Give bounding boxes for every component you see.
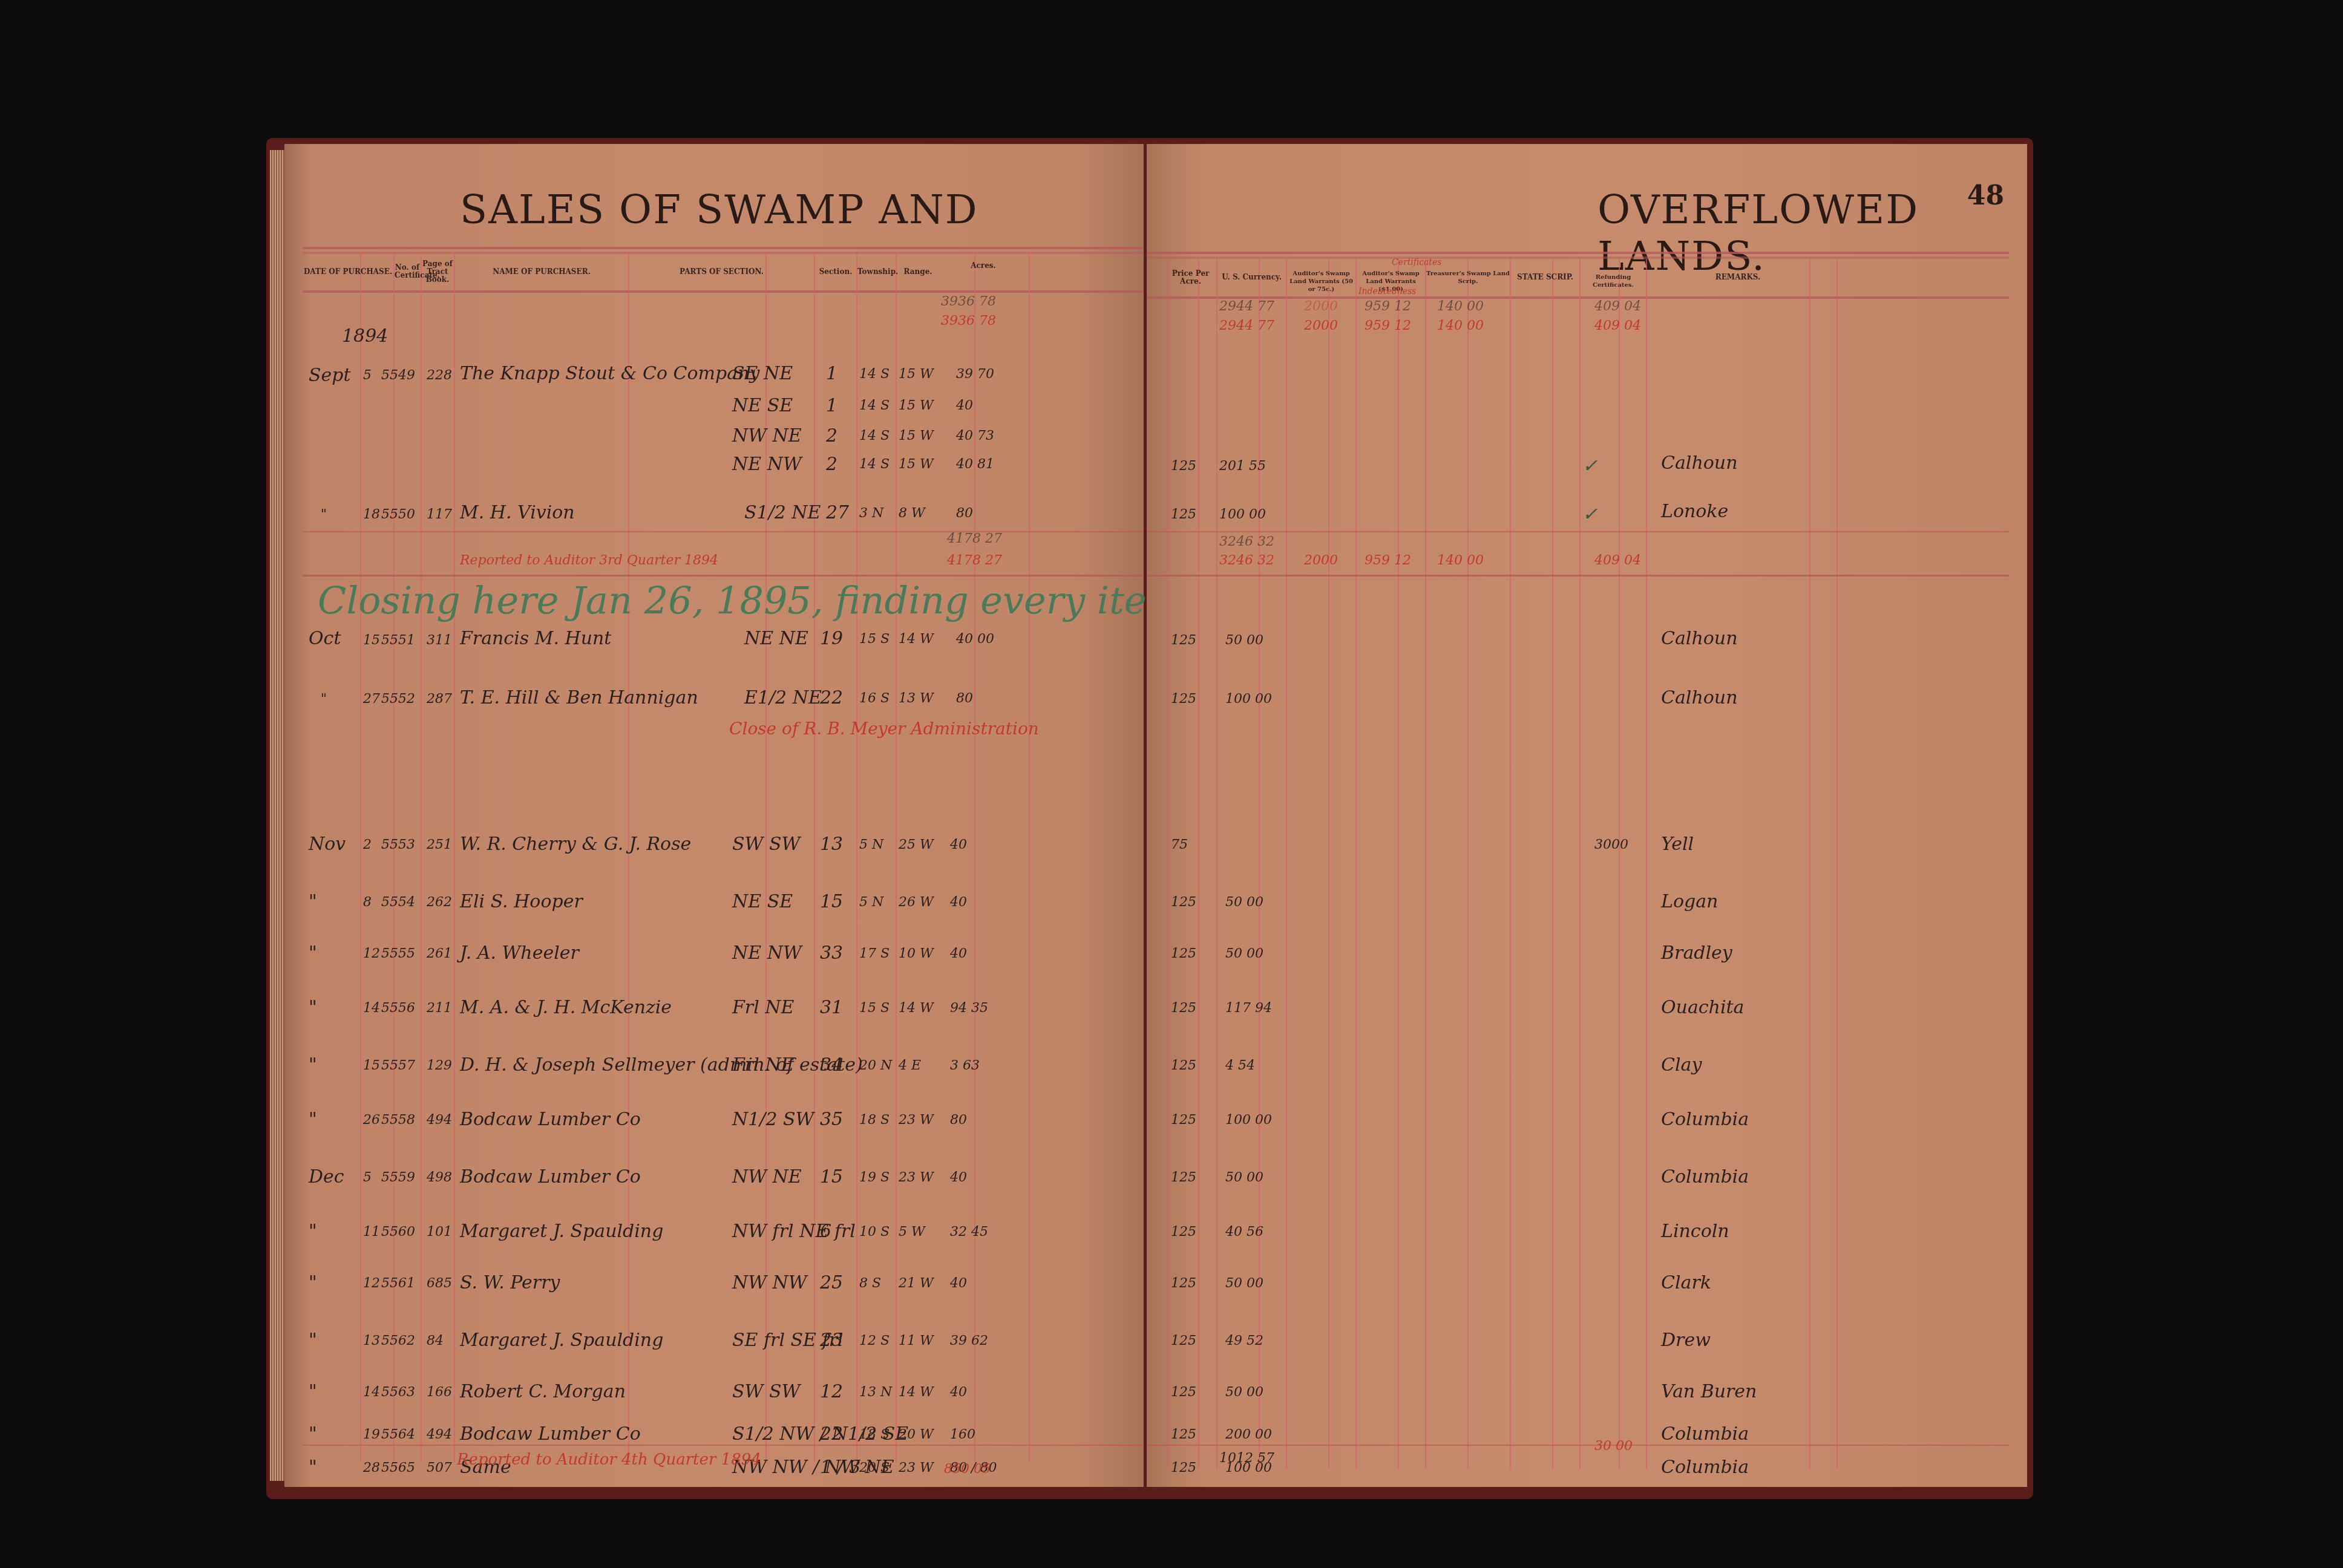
entry-price: 125: [1171, 1112, 1196, 1128]
entry-month: Sept: [309, 365, 351, 386]
entry-price: 125: [1171, 895, 1196, 910]
page-title-right: OVERFLOWED LANDS.: [1597, 186, 2027, 279]
subtotal-rule: [1147, 531, 2009, 532]
entry-month: Nov: [309, 834, 346, 855]
entry-range: 4 E: [899, 1058, 921, 1073]
entry-name: Bodcaw Lumber Co: [460, 1423, 641, 1445]
entry-acres: 40 73: [956, 428, 994, 443]
entry-day: 27: [363, 691, 380, 707]
entry-acres: 40: [950, 837, 967, 852]
col-line: [1198, 259, 1199, 1469]
col-line: [1579, 259, 1581, 1469]
footer-acres-total: 850 05: [944, 1462, 991, 1477]
entry-township: 12 S: [859, 1333, 890, 1348]
entry-currency: 50 00: [1225, 1276, 1263, 1291]
warrants50-forward-red: 2000: [1304, 318, 1338, 333]
entry-township: 16 S: [859, 691, 890, 706]
entry-name: D. H. & Joseph Sellmeyer (admin. of esta…: [460, 1054, 863, 1076]
entry-township: 19 S: [859, 1170, 890, 1185]
entry-section: 34: [820, 1054, 843, 1076]
entry-month: ": [309, 1272, 317, 1293]
subtotal-currency-red: 3246 32: [1219, 553, 1274, 568]
entry-range: 10 W: [899, 946, 934, 961]
entry-township: 13 N: [859, 1385, 892, 1400]
entry-acres: 80: [956, 506, 973, 521]
col-header-parts: PARTS OF SECTION.: [629, 268, 814, 276]
col-header-currency: U. S. Currency.: [1217, 273, 1286, 281]
col-line: [454, 253, 455, 1463]
entry-currency: 50 00: [1225, 1385, 1263, 1400]
entry-section: 12: [820, 1381, 843, 1402]
subtotal-currency: 3246 32: [1219, 534, 1274, 549]
entry-remark: Columbia: [1661, 1457, 1749, 1478]
col-line: [1168, 259, 1169, 1469]
entry-currency: 201 55: [1219, 459, 1266, 474]
entry-acres: 40: [950, 946, 967, 961]
entry-price: 125: [1171, 1333, 1196, 1348]
entry-parts: NE NW: [732, 454, 802, 475]
col-header-tract-page: Page of Tract Book.: [421, 260, 454, 284]
entry-township: 14 S: [859, 398, 890, 413]
ledger-book: SALES OF SWAMP AND DATE OF PURCHASE. No.…: [266, 138, 2033, 1499]
entry-cert: 5565: [381, 1460, 415, 1475]
entry-remark: Clark: [1661, 1272, 1711, 1293]
entry-township: 5 N: [859, 895, 883, 910]
entry-remark: Columbia: [1661, 1109, 1749, 1130]
entry-section: 1: [826, 395, 837, 416]
entry-month: ": [309, 1381, 317, 1402]
entry-cert: 5560: [381, 1224, 415, 1240]
entry-month: ": [309, 891, 317, 912]
col-line: [1216, 259, 1217, 1469]
entry-page: 507: [427, 1460, 452, 1475]
entry-price: 125: [1171, 691, 1196, 707]
col-header-section: Section.: [815, 268, 856, 276]
warrants100-forward: 959 12: [1365, 299, 1411, 314]
col-line: [421, 253, 422, 1463]
entry-day: 19: [363, 1427, 380, 1442]
header-rule: [303, 247, 1144, 249]
entry-page: 166: [427, 1385, 452, 1400]
footer-rule: [1147, 1445, 2009, 1446]
header-annotation-indebtedness: Indebtedness: [1358, 287, 1416, 296]
entry-remark: Columbia: [1661, 1166, 1749, 1187]
entry-name: Bodcaw Lumber Co: [460, 1166, 641, 1187]
entry-page: 251: [427, 837, 452, 852]
entry-section: 1: [826, 363, 837, 384]
entry-section: 22: [820, 687, 843, 708]
entry-remark: Logan: [1661, 891, 1718, 912]
entry-page: 685: [427, 1276, 452, 1291]
entry-page: 228: [427, 368, 452, 383]
entry-acres: 40: [956, 398, 973, 413]
entry-section: 23: [820, 1330, 843, 1351]
check-mark-icon: ✓: [1582, 456, 1597, 477]
entry-acres: 32 45: [950, 1224, 988, 1240]
entry-page: 129: [427, 1058, 452, 1073]
entry-currency: 100 00: [1225, 691, 1272, 707]
entry-price: 125: [1171, 1276, 1196, 1291]
entry-currency: 40 56: [1225, 1224, 1263, 1240]
entry-name: Margaret J. Spaulding: [460, 1221, 663, 1242]
col-header-cert: No. of Certificate.: [395, 264, 420, 279]
entry-township: 18 S: [859, 1112, 890, 1128]
footer-label: Reported to Auditor 4th Quarter 1894: [457, 1451, 761, 1469]
warrants50-forward: 2000: [1304, 299, 1338, 314]
entry-month: ": [321, 507, 327, 522]
entry-month: ": [309, 942, 317, 964]
footer-refunding-total: 30 00: [1594, 1439, 1633, 1454]
entry-section: 19: [820, 628, 843, 649]
col-header-range: Range.: [897, 268, 939, 276]
entry-name: The Knapp Stout & Co Company: [460, 363, 759, 384]
entry-month: ": [309, 1221, 317, 1242]
col-header-warrants-50: Auditor's Swamp Land Warrants (50 or 75c…: [1287, 270, 1355, 293]
entry-parts: NW NW: [732, 1272, 807, 1293]
entry-price: 125: [1171, 507, 1196, 522]
col-header-township: Township.: [857, 268, 896, 276]
entry-section: 35: [820, 1109, 843, 1130]
entry-cert: 5559: [381, 1170, 415, 1185]
entry-currency: 117 94: [1225, 1001, 1272, 1016]
entry-price: 125: [1171, 1427, 1196, 1442]
acres-forward-red: 3936 78: [941, 313, 996, 328]
col-line: [1398, 259, 1399, 1469]
entry-remark: Lincoln: [1661, 1221, 1729, 1242]
entry-day: 2: [363, 837, 372, 852]
entry-parts: E1/2 NE: [744, 687, 822, 708]
header-bottom-rule: [1147, 296, 2009, 299]
entry-remark: Van Buren: [1661, 1381, 1757, 1402]
entry-remark: Ouachita: [1661, 997, 1744, 1018]
entry-range: 15 W: [899, 367, 934, 382]
entry-township: 10 S: [859, 1224, 890, 1240]
entry-name: Bodcaw Lumber Co: [460, 1109, 641, 1130]
subtotal-warrants50: 2000: [1304, 553, 1338, 568]
entry-cert: 5564: [381, 1427, 415, 1442]
entry-page: 84: [427, 1333, 444, 1348]
entry-remark: Lonoke: [1661, 501, 1728, 522]
col-line: [1286, 259, 1287, 1469]
entry-month: ": [309, 1330, 317, 1351]
entry-price: 125: [1171, 946, 1196, 961]
entry-price: 125: [1171, 459, 1196, 474]
entry-range: 21 W: [899, 1276, 934, 1291]
scrip-forward: 140 00: [1437, 299, 1484, 314]
entry-acres: 94 35: [950, 1001, 988, 1016]
entry-acres: 39 70: [956, 367, 994, 382]
entry-range: 11 W: [899, 1333, 934, 1348]
entry-month: ": [309, 1054, 317, 1076]
col-header-refunding: Refunding Certificates.: [1581, 273, 1646, 289]
col-line: [1425, 259, 1426, 1469]
entry-price: 125: [1171, 1170, 1196, 1185]
entry-acres: 40: [950, 1385, 967, 1400]
entry-name: S. W. Perry: [460, 1272, 560, 1293]
col-header-remarks: REMARKS.: [1647, 273, 1829, 281]
entry-remark: Yell: [1661, 834, 1694, 855]
entry-township: 17 S: [859, 946, 890, 961]
entry-month: ": [309, 1423, 317, 1445]
entry-township: 18 S: [859, 1427, 890, 1442]
entry-name: M. A. & J. H. McKenzie: [460, 997, 672, 1018]
entry-range: 20 W: [899, 1427, 934, 1442]
entry-cert: 5558: [381, 1112, 415, 1128]
entry-page: 262: [427, 895, 452, 910]
entry-day: 15: [363, 1058, 380, 1073]
entry-township: 15 S: [859, 632, 890, 647]
page-edges: [270, 150, 284, 1481]
entry-acres: 3 63: [950, 1058, 980, 1073]
col-line: [856, 253, 857, 1463]
entry-acres: 160: [950, 1427, 975, 1442]
entry-range: 14 W: [899, 632, 934, 647]
entry-currency: 50 00: [1225, 633, 1263, 648]
entry-parts: N1/2 SW: [732, 1109, 814, 1130]
entry-township: 20 N: [859, 1058, 892, 1073]
entry-price: 125: [1171, 1385, 1196, 1400]
entry-page: 117: [427, 507, 452, 522]
col-header-date: DATE OF PURCHASE.: [303, 268, 393, 276]
entry-acres: 80: [950, 1112, 967, 1128]
header-rule: [1147, 252, 2009, 254]
entry-page: 287: [427, 691, 452, 707]
entry-acres: 40: [950, 1170, 967, 1185]
entry-currency: 200 00: [1225, 1427, 1272, 1442]
col-header-price: Price Per Acre.: [1165, 270, 1216, 286]
entry-name: M. H. Vivion: [460, 502, 575, 523]
col-line: [814, 253, 815, 1463]
col-header-treasurer-scrip: Treasurer's Swamp Land Scrip.: [1426, 270, 1510, 286]
entry-currency: 100 00: [1225, 1112, 1272, 1128]
subtotal-label: Reported to Auditor 3rd Quarter 1894: [460, 553, 718, 568]
entry-cert: 5563: [381, 1385, 415, 1400]
entry-range: 14 W: [899, 1385, 934, 1400]
entry-day: 13: [363, 1333, 380, 1348]
col-header-acres: Acres.: [941, 262, 1026, 270]
entry-range: 15 W: [899, 428, 934, 443]
entry-day: 12: [363, 1276, 380, 1291]
entry-remark: Calhoun: [1661, 628, 1737, 649]
entry-parts: NE SE: [732, 395, 793, 416]
entry-cert: 5554: [381, 895, 415, 910]
entry-parts: NE SE: [732, 891, 793, 912]
entry-cert: 5549: [381, 368, 415, 383]
entry-parts: NW NE: [732, 425, 802, 446]
currency-forward: 2944 77: [1219, 299, 1274, 314]
entry-parts: NE NE: [744, 628, 808, 649]
entry-refunding: 3000: [1594, 837, 1628, 852]
entry-month: ": [309, 1457, 317, 1478]
scrip-forward-red: 140 00: [1437, 318, 1484, 333]
entry-acres: 80: [956, 691, 973, 706]
col-line: [1328, 259, 1329, 1469]
entry-month: ": [309, 1109, 317, 1130]
section-rule: [1147, 575, 2009, 577]
entry-page: 494: [427, 1112, 452, 1128]
entry-day: 18: [363, 507, 380, 522]
entry-range: 23 W: [899, 1112, 934, 1128]
entry-day: 5: [363, 1170, 372, 1185]
entry-acres: 39 62: [950, 1333, 988, 1348]
entry-township: 14 S: [859, 367, 890, 382]
entry-currency: 50 00: [1225, 946, 1263, 961]
entry-township: 3 N: [859, 506, 883, 521]
col-line: [1355, 259, 1357, 1469]
entry-remark: Calhoun: [1661, 452, 1737, 474]
entry-section: 15: [820, 1166, 843, 1187]
entry-price: 125: [1171, 1224, 1196, 1240]
entry-parts: Frl NE: [732, 997, 794, 1018]
entry-section: 22: [820, 1423, 843, 1445]
entry-currency: 50 00: [1225, 895, 1263, 910]
entry-range: 15 W: [899, 398, 934, 413]
section-rule: [303, 575, 1144, 577]
entry-cert: 5552: [381, 691, 415, 707]
entry-month: ": [321, 691, 327, 707]
entry-month: ": [309, 997, 317, 1018]
entry-page: 494: [427, 1427, 452, 1442]
entry-range: 8 W: [899, 506, 925, 521]
entry-section: 13: [820, 834, 843, 855]
entry-day: 14: [363, 1001, 380, 1016]
entry-parts: SW SW: [732, 1381, 800, 1402]
subtotal-acres-red: 4178 27: [947, 553, 1002, 568]
entry-currency: 50 00: [1225, 1170, 1263, 1185]
entry-section: 2: [826, 454, 837, 475]
entry-range: 13 W: [899, 691, 934, 706]
entry-range: 15 W: [899, 457, 934, 472]
year-label: 1894: [342, 325, 388, 347]
entry-remark: Drew: [1661, 1330, 1711, 1351]
entry-range: 5 W: [899, 1224, 925, 1240]
col-line: [1809, 259, 1810, 1469]
entry-township: 14 S: [859, 457, 890, 472]
entry-cert: 5551: [381, 633, 415, 648]
footer-rule: [303, 1445, 1144, 1446]
col-header-state-scrip: STATE SCRIP.: [1511, 273, 1579, 281]
entry-day: 28: [363, 1460, 380, 1475]
header-rule-2: [1147, 256, 2009, 259]
entry-parts: NE NW: [732, 942, 802, 964]
entry-day: 11: [363, 1224, 380, 1240]
entry-section: 33: [820, 942, 843, 964]
entry-page: 498: [427, 1170, 452, 1185]
currency-forward-red: 2944 77: [1219, 318, 1274, 333]
page-title-left: SALES OF SWAMP AND: [460, 186, 978, 233]
subtotal-warrants100: 959 12: [1365, 553, 1411, 568]
col-line: [1029, 253, 1030, 1463]
entry-township: 20 S: [859, 1460, 890, 1475]
entry-parts: S1/2 NE: [744, 502, 821, 523]
entry-page: 261: [427, 946, 452, 961]
entry-remark: Columbia: [1661, 1423, 1749, 1445]
entry-day: 26: [363, 1112, 380, 1128]
entry-section: 6: [820, 1221, 831, 1242]
entry-price: 75: [1171, 837, 1188, 852]
col-line: [1619, 259, 1620, 1469]
entry-acres: 40 81: [956, 457, 994, 472]
header-bottom-rule: [303, 290, 1144, 293]
col-header-purchaser: NAME OF PURCHASER.: [455, 268, 628, 276]
entry-cert: 5557: [381, 1058, 415, 1073]
entry-name: Robert C. Morgan: [460, 1381, 626, 1402]
entry-acres: 40: [950, 895, 967, 910]
entry-parts: NW NE: [732, 1166, 802, 1187]
col-line: [628, 253, 629, 1463]
entry-day: 12: [363, 946, 380, 961]
entry-cert: 5561: [381, 1276, 415, 1291]
entry-remark: Bradley: [1661, 942, 1732, 964]
entry-page: 311: [427, 633, 452, 648]
col-line: [360, 253, 361, 1463]
entry-day: 15: [363, 633, 380, 648]
entry-name: W. R. Cherry & G. J. Rose: [460, 834, 691, 855]
entry-name: J. A. Wheeler: [460, 942, 579, 964]
entry-range: 23 W: [899, 1170, 934, 1185]
entry-cert: 5562: [381, 1333, 415, 1348]
entry-price: 125: [1171, 1460, 1196, 1475]
entry-cert: 5553: [381, 837, 415, 852]
entry-range: 14 W: [899, 1001, 934, 1016]
col-line: [1837, 259, 1838, 1469]
entry-remark: Clay: [1661, 1054, 1702, 1076]
entry-township: 14 S: [859, 428, 890, 443]
entry-township: 8 S: [859, 1276, 881, 1291]
footer-currency-total: 1012 57: [1219, 1451, 1274, 1466]
check-mark-icon: ✓: [1582, 504, 1597, 525]
entry-section: 27: [826, 502, 849, 523]
entry-price: 125: [1171, 633, 1196, 648]
subtotal-scrip: 140 00: [1437, 553, 1484, 568]
entry-range: 23 W: [899, 1460, 934, 1475]
entry-section: 15: [820, 891, 843, 912]
header-annotation-certificates: Certificates: [1392, 258, 1441, 267]
acres-forward: 3936 78: [941, 294, 996, 309]
header-rule-2: [303, 252, 1144, 254]
admin-note: Close of R. B. Meyer Administration: [729, 719, 1039, 739]
entry-name: Margaret J. Spaulding: [460, 1330, 663, 1351]
col-line: [896, 253, 897, 1463]
entry-cert: 5556: [381, 1001, 415, 1016]
entry-day: 8: [363, 895, 372, 910]
entry-acres: 40 00: [956, 632, 994, 647]
entry-township: 5 N: [859, 837, 883, 852]
entry-price: 125: [1171, 1058, 1196, 1073]
entry-name: T. E. Hill & Ben Hannigan: [460, 687, 698, 708]
col-line: [1646, 259, 1647, 1469]
entry-parts: SE NE: [732, 363, 793, 384]
left-page: SALES OF SWAMP AND DATE OF PURCHASE. No.…: [284, 144, 1144, 1487]
entry-currency: 100 00: [1219, 507, 1266, 522]
entry-acres: 40: [950, 1276, 967, 1291]
page-number: 48: [1967, 180, 2004, 211]
subtotal-refunding: 409 04: [1594, 553, 1641, 568]
entry-name: Francis M. Hunt: [460, 628, 611, 649]
entry-parts: NW frl NE frl: [732, 1221, 856, 1242]
entry-range: 25 W: [899, 837, 934, 852]
entry-day: 5: [363, 368, 372, 383]
entry-day: 14: [363, 1385, 380, 1400]
entry-section: 25: [820, 1272, 843, 1293]
subtotal-acres: 4178 27: [947, 531, 1002, 546]
col-line: [1552, 259, 1553, 1469]
entry-remark: Calhoun: [1661, 687, 1737, 708]
entry-currency: 4 54: [1225, 1058, 1255, 1073]
entry-price: 125: [1171, 1001, 1196, 1016]
entry-section: 2: [826, 425, 837, 446]
subtotal-rule: [303, 531, 1144, 532]
